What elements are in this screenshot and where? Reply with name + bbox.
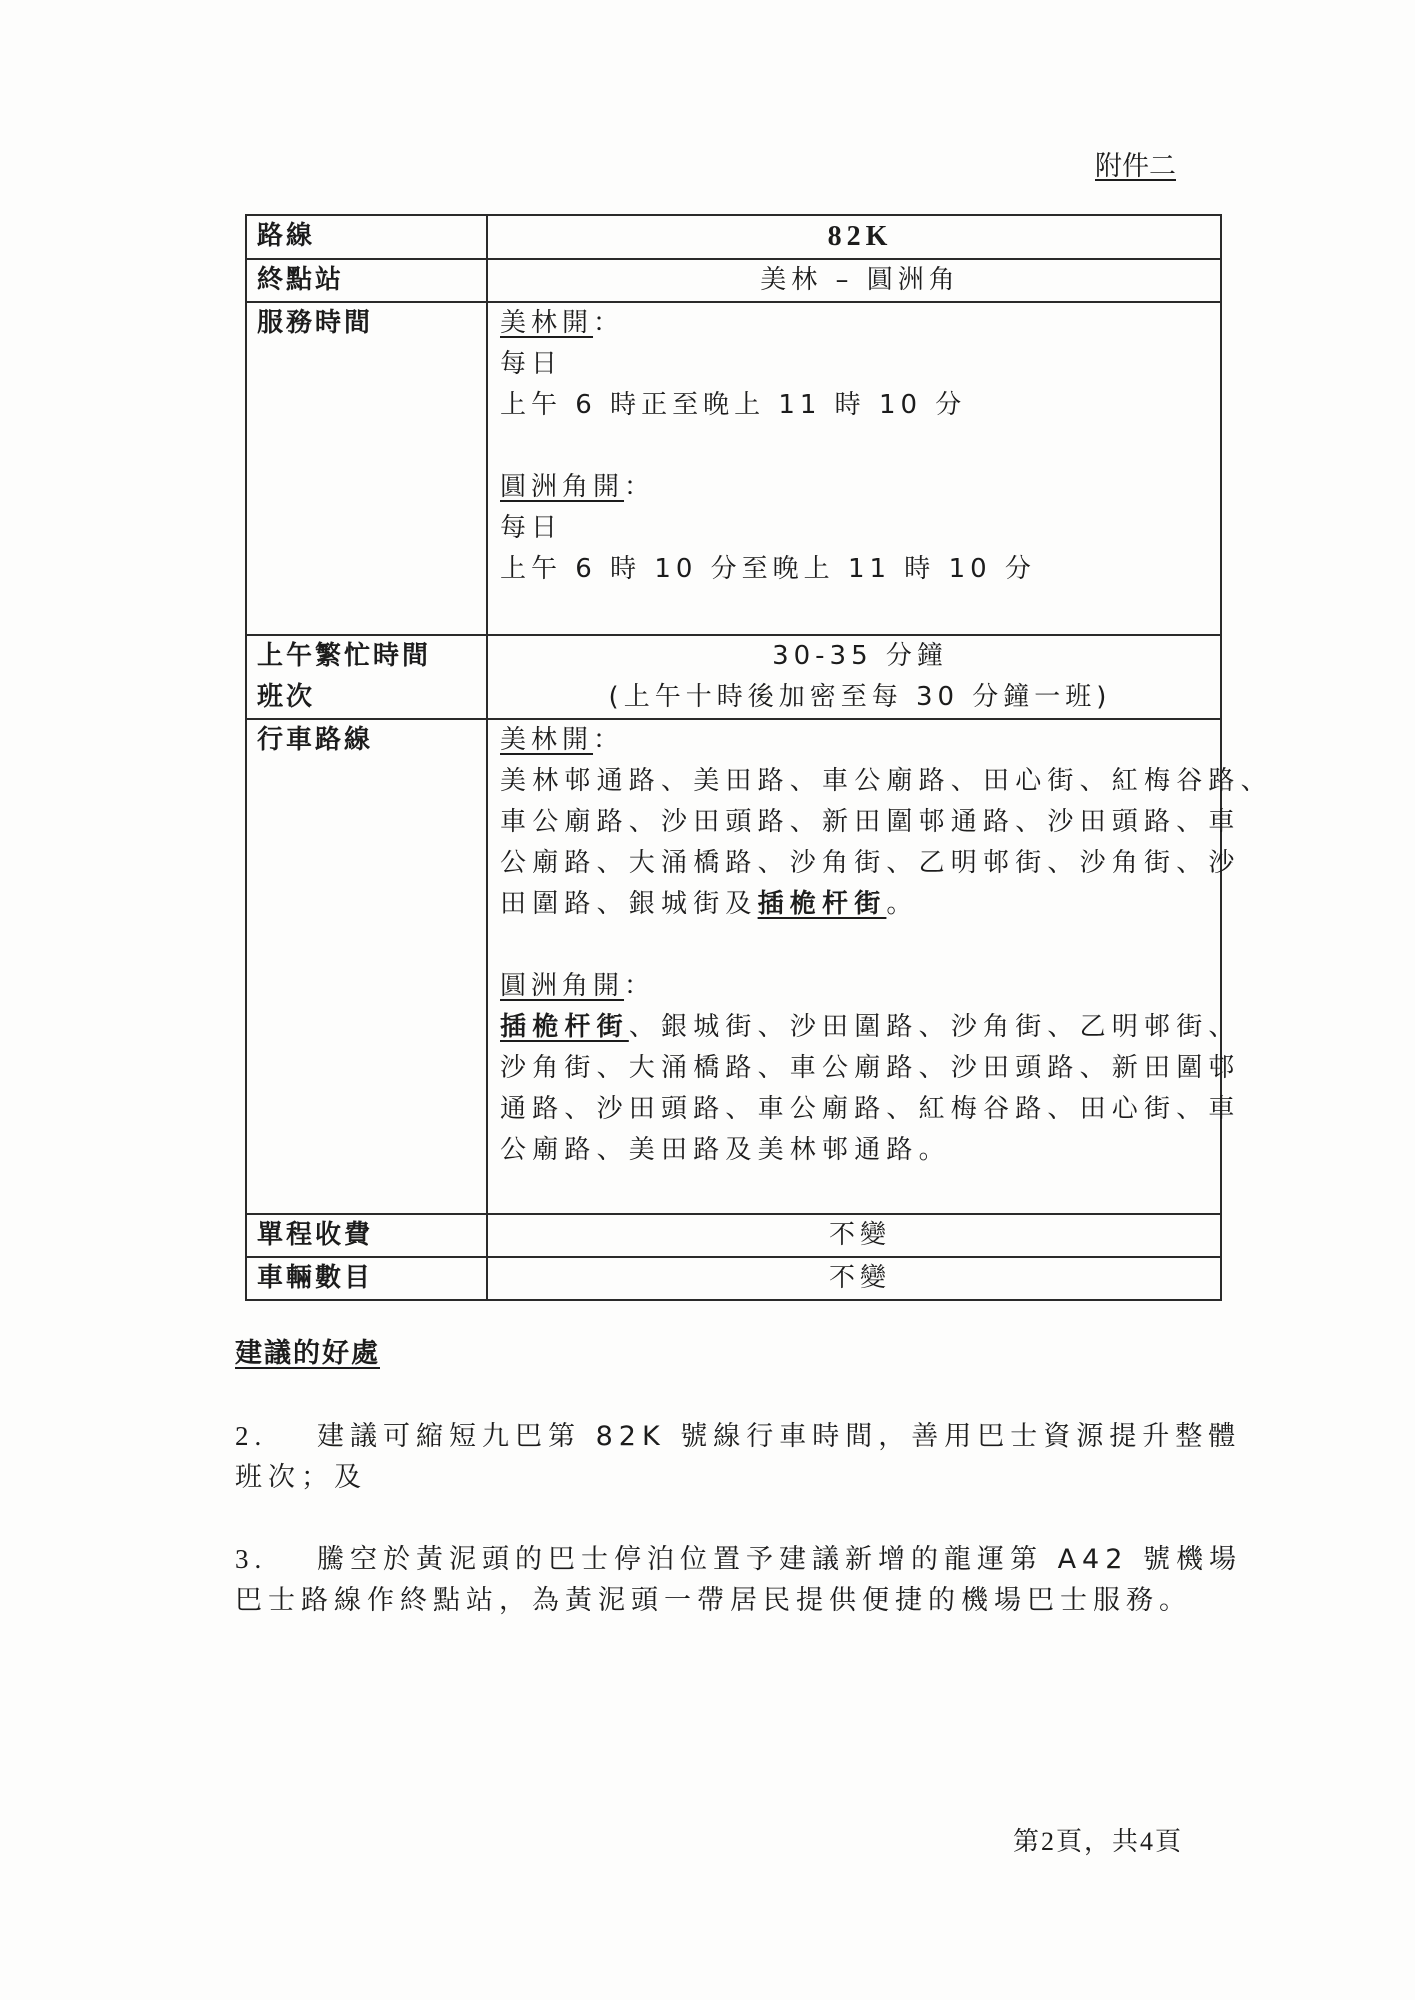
service-mei-lam-hours: 上午 6 時正至晚上 11 時 10 分 [500, 385, 1220, 426]
table-row-route: 路線 82K [246, 215, 1221, 259]
paragraph-number: 2. [235, 1416, 317, 1457]
am-peak-value: 30-35 分鐘 (上午十時後加密至每 30 分鐘一班) [487, 635, 1221, 719]
emphasized-street: 插桅杆街 [500, 1012, 629, 1042]
service-mei-lam-days: 每日 [500, 344, 1220, 385]
route-schedule-table: 路線 82K 終點站 美林 – 圓洲角 服務時間 美林開： 每日 上午 6 時正… [245, 214, 1222, 1301]
service-hours-label: 服務時間 [246, 302, 487, 635]
table-row-fleet-size: 車輛數目 不變 [246, 1257, 1221, 1300]
routing-mei-lam-line-4: 田圍路、銀城街及插桅杆街。 [500, 884, 1220, 925]
terminus-label: 終點站 [246, 259, 487, 302]
single-fare-label: 單程收費 [246, 1214, 487, 1257]
fleet-size-value: 不變 [487, 1257, 1221, 1300]
routing-yck-line-1: 插桅杆街、銀城街、沙田圍路、沙角街、乙明邨街、 [500, 1007, 1220, 1048]
service-yck-hours: 上午 6 時 10 分至晚上 11 時 10 分 [500, 549, 1220, 590]
route-label: 路線 [246, 215, 487, 259]
emphasized-street: 插桅杆街 [758, 889, 887, 919]
service-yck-days: 每日 [500, 508, 1220, 549]
route-number: 82K [828, 221, 893, 252]
page-indicator: 第2頁，共4頁 [1013, 1826, 1183, 1858]
table-row-service-hours: 服務時間 美林開： 每日 上午 6 時正至晚上 11 時 10 分 圓洲角開： … [246, 302, 1221, 635]
routing-label: 行車路線 [246, 719, 487, 1214]
routing-mei-lam-line-3: 公廟路、大涌橋路、沙角街、乙明邨街、沙角街、沙 [500, 843, 1220, 884]
service-mei-lam-heading: 美林開： [500, 303, 1220, 344]
am-peak-label: 上午繁忙時間 班次 [246, 635, 487, 719]
benefits-heading: 建議的好處 [235, 1336, 380, 1372]
routing-mei-lam-line-1: 美林邨通路、美田路、車公廟路、田心街、紅梅谷路、 [500, 761, 1220, 802]
benefit-paragraph-2: 2.建議可縮短九巴第 82K 號線行車時間，善用巴士資源提升整體 班次；及 [235, 1416, 1241, 1498]
routing-value: 美林開： 美林邨通路、美田路、車公廟路、田心街、紅梅谷路、 車公廟路、沙田頭路、… [487, 719, 1221, 1214]
single-fare-value: 不變 [487, 1214, 1221, 1257]
table-row-single-fare: 單程收費 不變 [246, 1214, 1221, 1257]
fleet-size-label: 車輛數目 [246, 1257, 487, 1300]
service-hours-value: 美林開： 每日 上午 6 時正至晚上 11 時 10 分 圓洲角開： 每日 上午… [487, 302, 1221, 635]
routing-yck-line-3: 通路、沙田頭路、車公廟路、紅梅谷路、田心街、車 [500, 1089, 1220, 1130]
routing-yck-heading: 圓洲角開： [500, 966, 1220, 1007]
route-value: 82K [487, 215, 1221, 259]
terminus-value: 美林 – 圓洲角 [487, 259, 1221, 302]
annex-label: 附件二 [1095, 150, 1176, 184]
benefit-paragraph-3: 3.騰空於黃泥頭的巴士停泊位置予建議新增的龍運第 A42 號機場 巴士路線作終點… [235, 1539, 1242, 1621]
table-row-routing: 行車路線 美林開： 美林邨通路、美田路、車公廟路、田心街、紅梅谷路、 車公廟路、… [246, 719, 1221, 1214]
paragraph-number: 3. [235, 1539, 317, 1580]
routing-mei-lam-heading: 美林開： [500, 720, 1220, 761]
routing-mei-lam-line-2: 車公廟路、沙田頭路、新田圍邨通路、沙田頭路、車 [500, 802, 1220, 843]
service-yck-heading: 圓洲角開： [500, 467, 1220, 508]
table-row-terminus: 終點站 美林 – 圓洲角 [246, 259, 1221, 302]
routing-yck-line-4: 公廟路、美田路及美林邨通路。 [500, 1130, 1220, 1171]
routing-yck-line-2: 沙角街、大涌橋路、車公廟路、沙田頭路、新田圍邨 [500, 1048, 1220, 1089]
table-row-am-peak-frequency: 上午繁忙時間 班次 30-35 分鐘 (上午十時後加密至每 30 分鐘一班) [246, 635, 1221, 719]
